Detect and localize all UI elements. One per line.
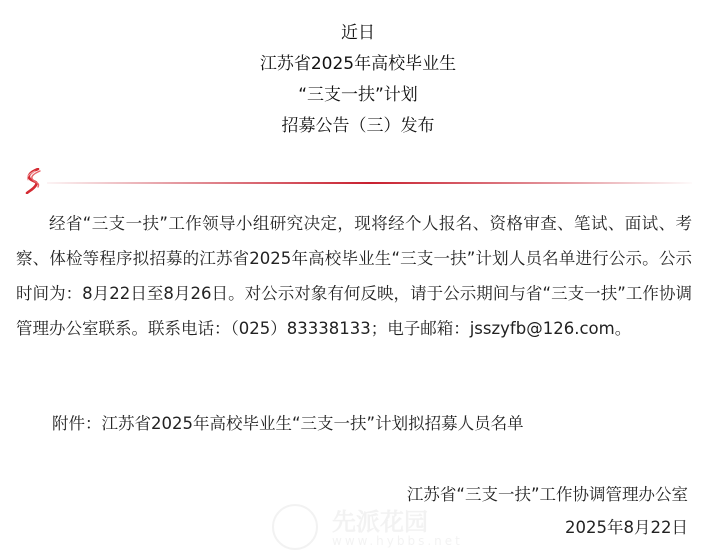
watermark-logo-icon (272, 504, 318, 550)
announcement-title: 近日 江苏省2025年高校毕业生 “三支一扶”计划 招募公告（三）发布 (0, 18, 716, 142)
title-divider (22, 166, 692, 196)
red-s-swirl-icon (24, 168, 42, 194)
signature-block: 江苏省“三支一扶”工作协调管理办公室 2025年8月22日 (407, 478, 688, 544)
title-line-4: 招募公告（三）发布 (0, 111, 716, 142)
announcement-body: 经省“三支一扶”工作领导小组研究决定，现将经个人报名、资格审查、笔试、面试、考察… (16, 206, 692, 346)
attachment-line: 附件：江苏省2025年高校毕业生“三支一扶”计划拟招募人员名单 (52, 409, 524, 439)
gradient-divider-line (47, 182, 692, 184)
signature-date: 2025年8月22日 (407, 511, 688, 544)
title-line-2: 江苏省2025年高校毕业生 (0, 49, 716, 80)
signature-organization: 江苏省“三支一扶”工作协调管理办公室 (407, 478, 688, 511)
title-line-1: 近日 (0, 18, 716, 49)
body-paragraph: 经省“三支一扶”工作领导小组研究决定，现将经个人报名、资格审查、笔试、面试、考察… (16, 206, 692, 346)
title-line-3: “三支一扶”计划 (0, 80, 716, 111)
